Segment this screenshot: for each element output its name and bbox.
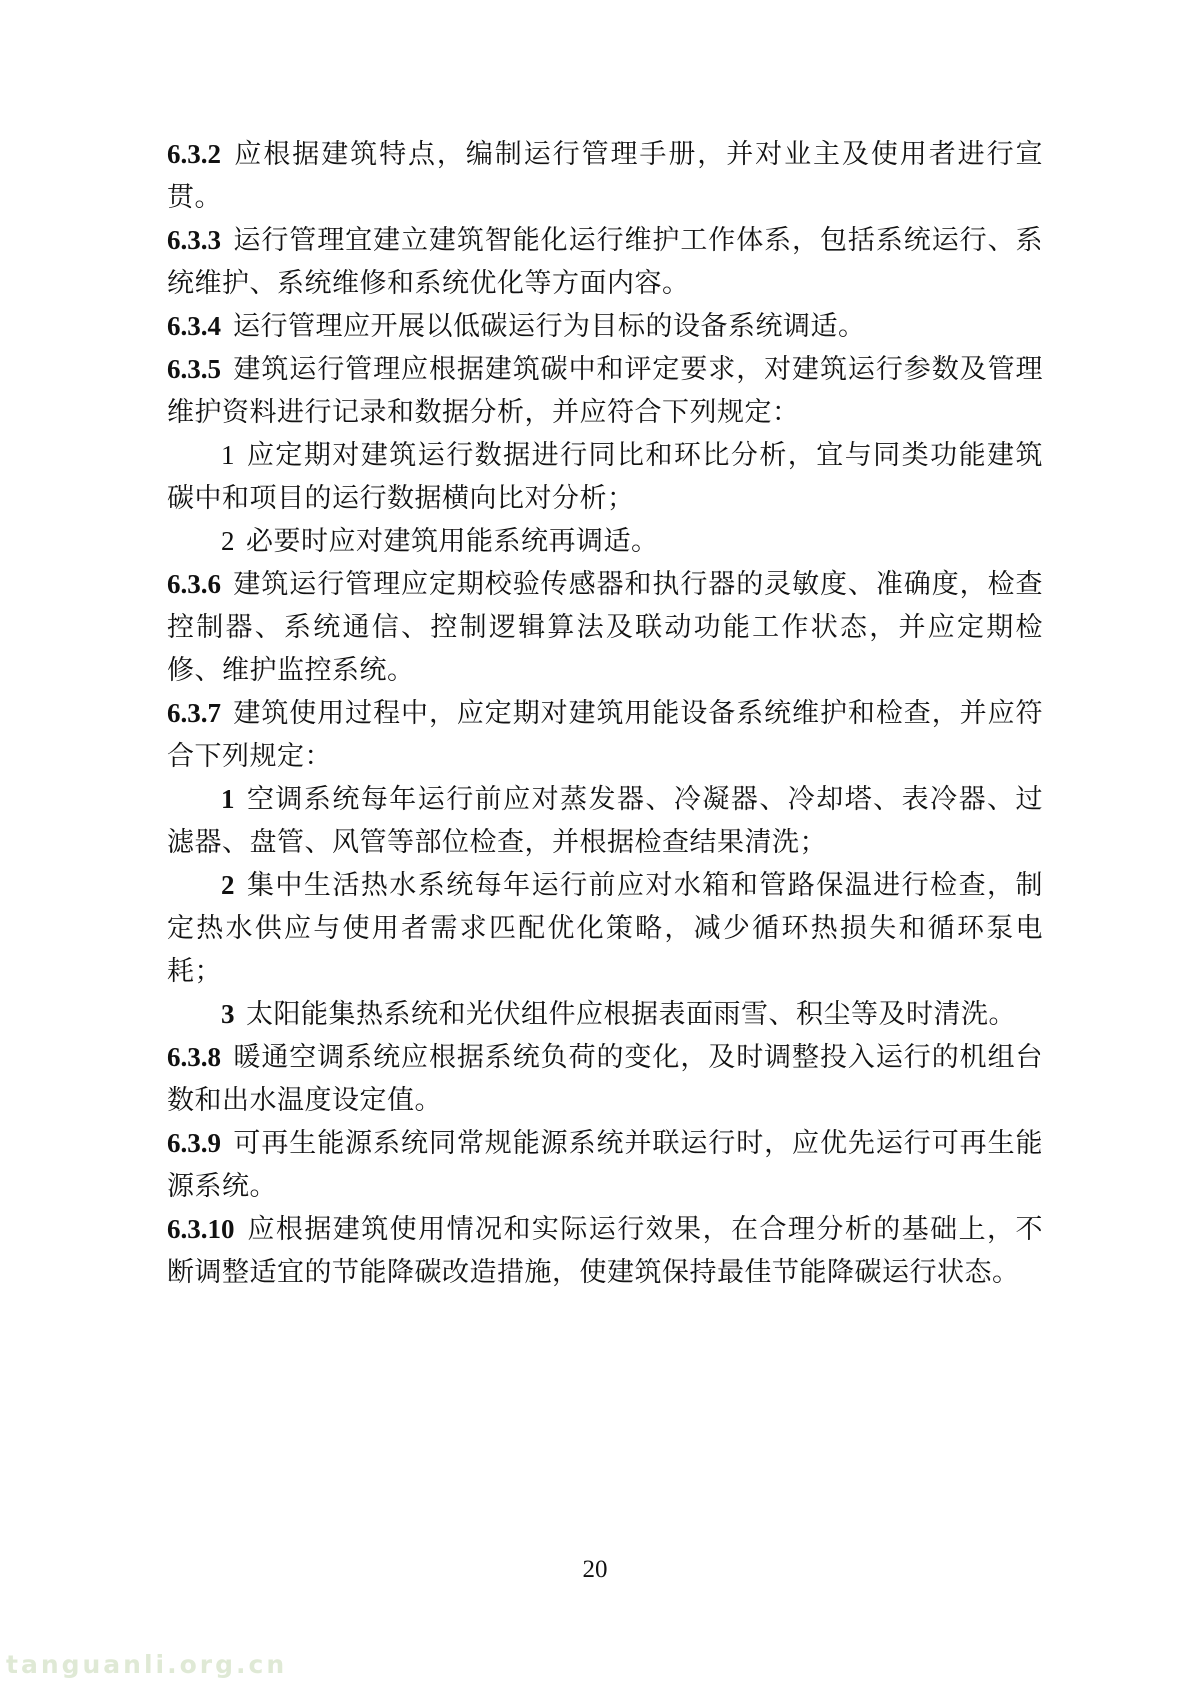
clause-number: 6.3.5 [167, 354, 221, 384]
clause-text: 应根据建筑特点，编制运行管理手册，并对业主及使用者进行宣贯。 [167, 139, 1043, 212]
item-text: 太阳能集热系统和光伏组件应根据表面雨雪、积尘等及时清洗。 [246, 999, 1016, 1029]
page-number: 20 [0, 1556, 1190, 1584]
clause-6-3-6: 6.3.6建筑运行管理应定期校验传感器和执行器的灵敏度、准确度，检查控制器、系统… [167, 563, 1043, 692]
clause-text: 运行管理应开展以低碳运行为目标的设备系统调适。 [233, 311, 866, 341]
clause-text: 建筑使用过程中，应定期对建筑用能设备系统维护和检查，并应符合下列规定： [167, 698, 1043, 771]
clause-number: 6.3.3 [167, 225, 221, 255]
clause-6-3-7-item-2: 2集中生活热水系统每年运行前应对水箱和管路保温进行检查，制定热水供应与使用者需求… [167, 864, 1043, 993]
item-text: 集中生活热水系统每年运行前应对水箱和管路保温进行检查，制定热水供应与使用者需求匹… [167, 870, 1043, 986]
clause-number: 6.3.7 [167, 698, 221, 728]
clause-text: 建筑运行管理应根据建筑碳中和评定要求，对建筑运行参数及管理维护资料进行记录和数据… [167, 354, 1043, 427]
item-text: 必要时应对建筑用能系统再调适。 [246, 526, 659, 556]
clause-6-3-2: 6.3.2应根据建筑特点，编制运行管理手册，并对业主及使用者进行宣贯。 [167, 133, 1043, 219]
clause-text: 暖通空调系统应根据系统负荷的变化，及时调整投入运行的机组台数和出水温度设定值。 [167, 1042, 1043, 1115]
document-body: 6.3.2应根据建筑特点，编制运行管理手册，并对业主及使用者进行宣贯。 6.3.… [167, 133, 1043, 1294]
item-number: 1 [221, 784, 235, 814]
clause-number: 6.3.8 [167, 1042, 221, 1072]
clause-number: 6.3.6 [167, 569, 221, 599]
clause-6-3-7: 6.3.7建筑使用过程中，应定期对建筑用能设备系统维护和检查，并应符合下列规定： [167, 692, 1043, 778]
clause-text: 运行管理宜建立建筑智能化运行维护工作体系，包括系统运行、系统维护、系统维修和系统… [167, 225, 1043, 298]
clause-6-3-9: 6.3.9可再生能源系统同常规能源系统并联运行时，应优先运行可再生能源系统。 [167, 1122, 1043, 1208]
clause-6-3-7-item-3: 3太阳能集热系统和光伏组件应根据表面雨雪、积尘等及时清洗。 [167, 993, 1043, 1036]
clause-6-3-4: 6.3.4运行管理应开展以低碳运行为目标的设备系统调适。 [167, 305, 1043, 348]
document-page: 6.3.2应根据建筑特点，编制运行管理手册，并对业主及使用者进行宣贯。 6.3.… [0, 0, 1190, 1683]
clause-number: 6.3.2 [167, 139, 221, 169]
clause-6-3-8: 6.3.8暖通空调系统应根据系统负荷的变化，及时调整投入运行的机组台数和出水温度… [167, 1036, 1043, 1122]
item-number: 1 [221, 440, 235, 470]
item-text: 空调系统每年运行前应对蒸发器、冷凝器、冷却塔、表冷器、过滤器、盘管、风管等部位检… [167, 784, 1043, 857]
clause-number: 6.3.9 [167, 1128, 221, 1158]
clause-text: 应根据建筑使用情况和实际运行效果，在合理分析的基础上，不断调整适宜的节能降碳改造… [167, 1214, 1043, 1287]
clause-text: 可再生能源系统同常规能源系统并联运行时，应优先运行可再生能源系统。 [167, 1128, 1043, 1201]
clause-6-3-5: 6.3.5建筑运行管理应根据建筑碳中和评定要求，对建筑运行参数及管理维护资料进行… [167, 348, 1043, 434]
item-text: 应定期对建筑运行数据进行同比和环比分析，宜与同类功能建筑碳中和项目的运行数据横向… [167, 440, 1043, 513]
clause-text: 建筑运行管理应定期校验传感器和执行器的灵敏度、准确度，检查控制器、系统通信、控制… [167, 569, 1043, 685]
item-number: 2 [221, 526, 235, 556]
clause-6-3-3: 6.3.3运行管理宜建立建筑智能化运行维护工作体系，包括系统运行、系统维护、系统… [167, 219, 1043, 305]
clause-number: 6.3.4 [167, 311, 221, 341]
item-number: 3 [221, 999, 235, 1029]
clause-6-3-7-item-1: 1空调系统每年运行前应对蒸发器、冷凝器、冷却塔、表冷器、过滤器、盘管、风管等部位… [167, 778, 1043, 864]
clause-6-3-5-item-1: 1应定期对建筑运行数据进行同比和环比分析，宜与同类功能建筑碳中和项目的运行数据横… [167, 434, 1043, 520]
clause-6-3-10: 6.3.10应根据建筑使用情况和实际运行效果，在合理分析的基础上，不断调整适宜的… [167, 1208, 1043, 1294]
watermark-text: tanguanli.org.cn [6, 1650, 287, 1679]
clause-number: 6.3.10 [167, 1214, 235, 1244]
clause-6-3-5-item-2: 2必要时应对建筑用能系统再调适。 [167, 520, 1043, 563]
item-number: 2 [221, 870, 235, 900]
